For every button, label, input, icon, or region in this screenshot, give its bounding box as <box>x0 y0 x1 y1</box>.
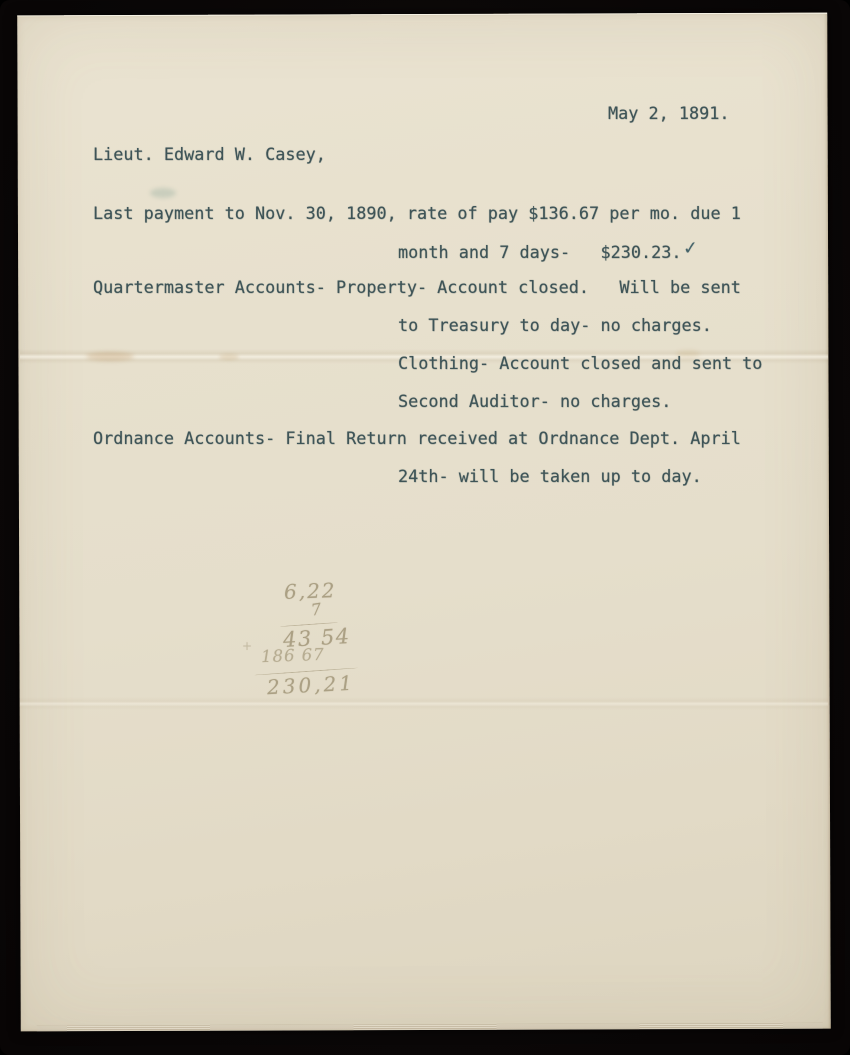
typed-line-ordnance: Ordnance Accounts- Final Return received… <box>93 429 741 448</box>
letter-paper <box>17 13 831 1032</box>
scan-background: May 2, 1891. Lieut. Edward W. Casey, Las… <box>0 0 850 1055</box>
typed-line-quartermaster: Quartermaster Accounts- Property- Accoun… <box>93 278 741 297</box>
recipient-line: Lieut. Edward W. Casey, <box>93 145 326 164</box>
typed-line-pay-statement: Last payment to Nov. 30, 1890, rate of p… <box>93 204 741 223</box>
handwritten-checkmark: ✓ <box>682 237 699 259</box>
typed-line-amount-due: month and 7 days- $230.23. <box>398 243 681 262</box>
typed-line-taken-up: 24th- will be taken up to day. <box>398 467 702 486</box>
paper-stack-edge <box>37 1023 823 1032</box>
typed-line-second-auditor: Second Auditor- no charges. <box>398 392 671 411</box>
typed-line-treasury: to Treasury to day- no charges. <box>398 316 712 335</box>
typed-line-clothing: Clothing- Account closed and sent to <box>398 354 762 373</box>
date-line: May 2, 1891. <box>608 104 729 123</box>
